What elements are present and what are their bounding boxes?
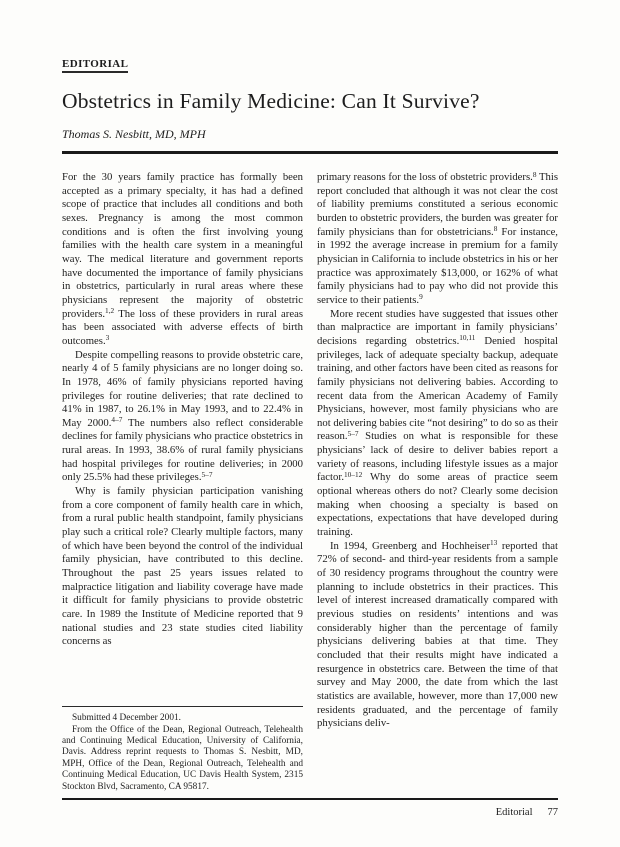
footnote-block: Submitted 4 December 2001.From the Offic… — [62, 706, 303, 793]
page-number: 77 — [548, 807, 559, 818]
paragraph: More recent studies have suggested that … — [317, 308, 558, 540]
paragraph: Despite compelling reasons to provide ob… — [62, 349, 303, 486]
journal-page: EDITORIAL Obstetrics in Family Medicine:… — [0, 0, 620, 847]
citation-superscript: 10–12 — [344, 470, 362, 479]
left-column-text: For the 30 years family practice has for… — [62, 171, 303, 649]
left-column: For the 30 years family practice has for… — [62, 171, 303, 793]
footnote-rule — [62, 706, 303, 708]
paragraph: For the 30 years family practice has for… — [62, 171, 303, 349]
citation-superscript: 1,2 — [105, 306, 114, 315]
footnote-text: Submitted 4 December 2001.From the Offic… — [62, 713, 303, 793]
citation-superscript: 4–7 — [111, 415, 122, 424]
article-title: Obstetrics in Family Medicine: Can It Su… — [62, 89, 558, 114]
page-content: EDITORIAL Obstetrics in Family Medicine:… — [62, 54, 558, 818]
header-rule — [62, 151, 558, 154]
citation-superscript: 10,11 — [459, 333, 475, 342]
citation-superscript: 9 — [419, 292, 423, 301]
two-column-body: For the 30 years family practice has for… — [62, 171, 558, 793]
citation-superscript: 3 — [106, 333, 110, 342]
section-kicker: EDITORIAL — [62, 58, 128, 73]
right-column: primary reasons for the loss of obstetri… — [317, 171, 558, 793]
paragraph: primary reasons for the loss of obstetri… — [317, 171, 558, 308]
citation-superscript: 8 — [533, 171, 537, 179]
author-byline: Thomas S. Nesbitt, MD, MPH — [62, 127, 558, 142]
paragraph: Submitted 4 December 2001. — [62, 713, 303, 724]
paragraph: From the Office of the Dean, Regional Ou… — [62, 725, 303, 793]
right-column-text: primary reasons for the loss of obstetri… — [317, 171, 558, 731]
footer-rule — [62, 798, 558, 800]
citation-superscript: 5–7 — [348, 429, 359, 438]
citation-superscript: 5–7 — [202, 470, 213, 479]
paragraph: Why is family physician participation va… — [62, 485, 303, 649]
citation-superscript: 13 — [490, 538, 497, 547]
citation-superscript: 8 — [494, 224, 498, 233]
paragraph: In 1994, Greenberg and Hochheiser13 repo… — [317, 540, 558, 731]
running-footer: Editorial77 — [62, 807, 558, 818]
footer-section-label: Editorial — [496, 807, 533, 818]
